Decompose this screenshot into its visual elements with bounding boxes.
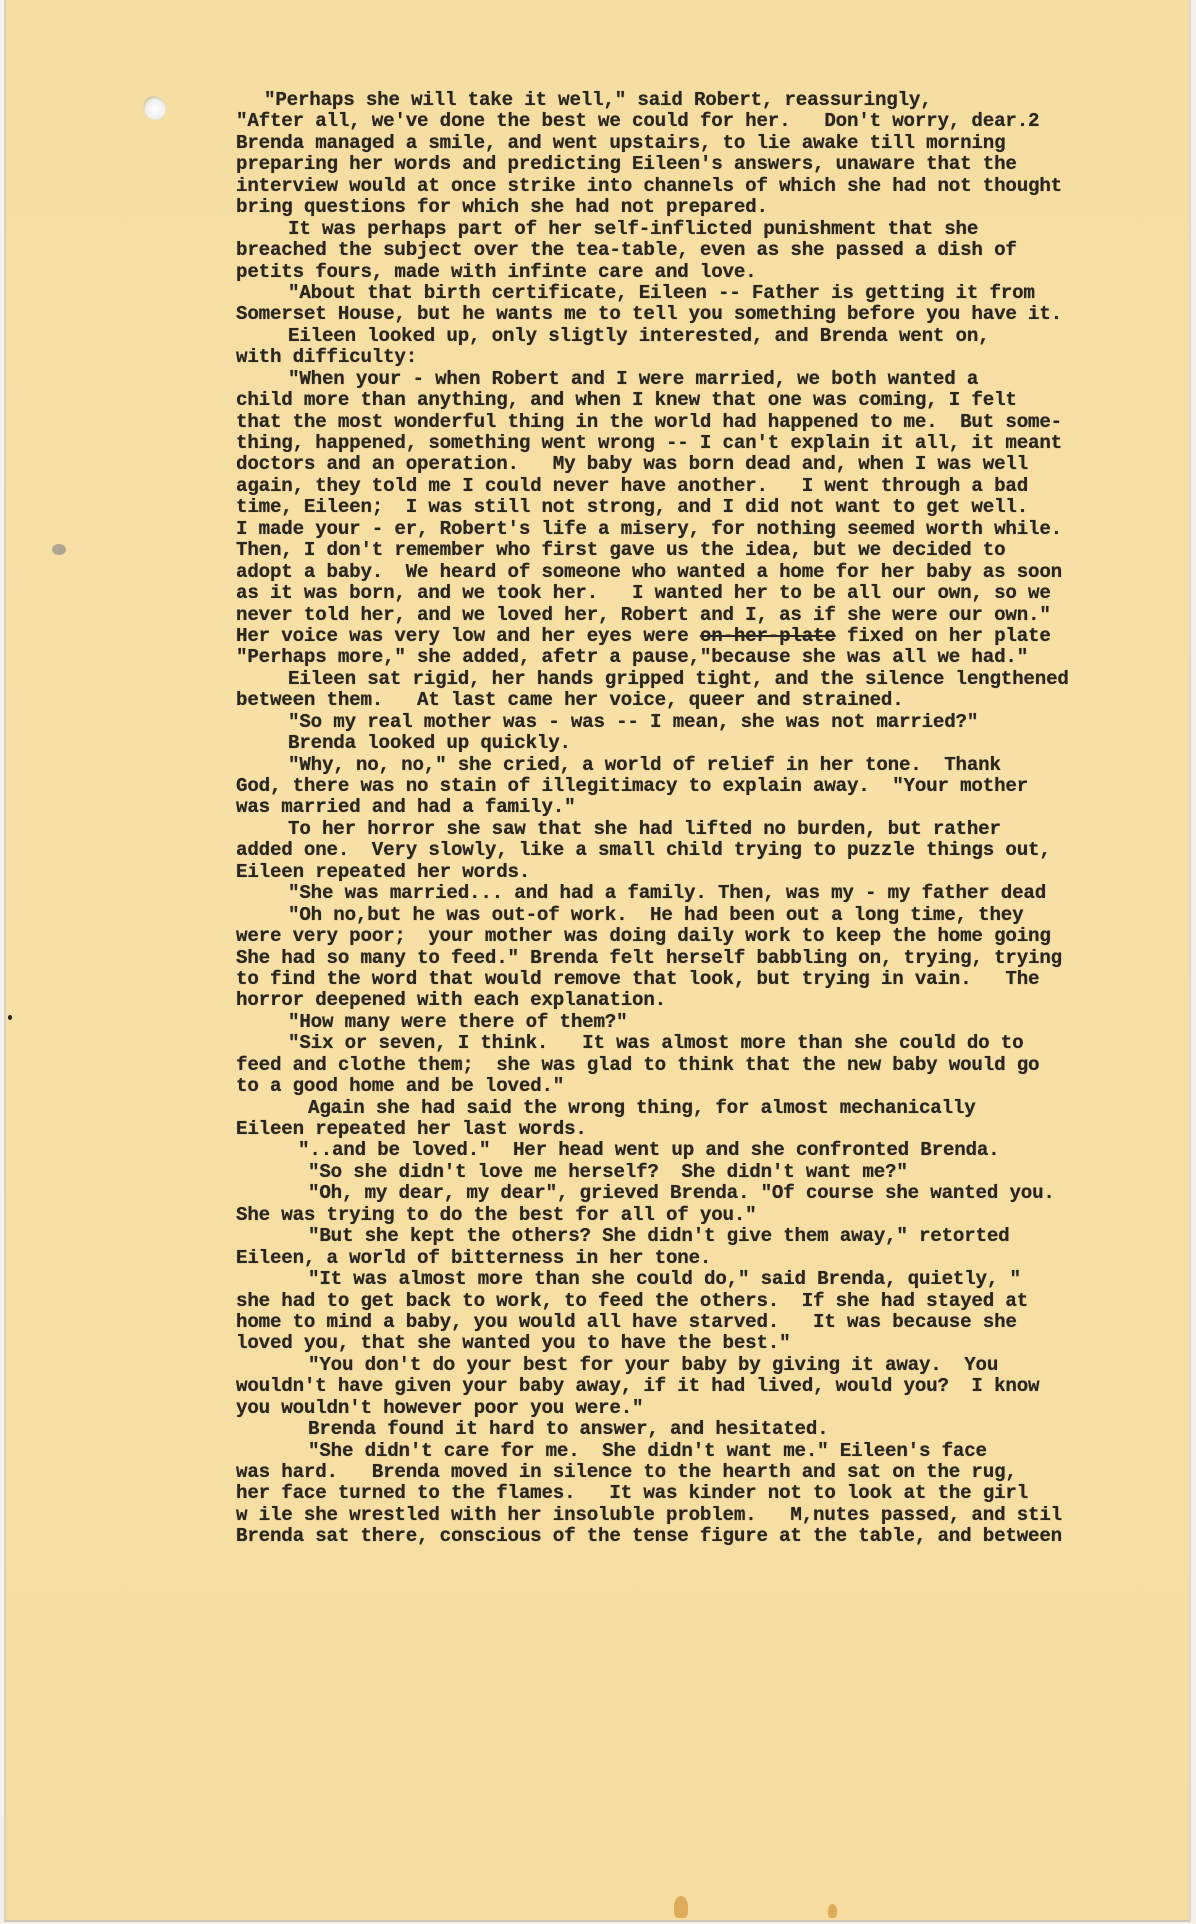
text-line: God, there was no stain of illegitimacy …: [236, 776, 1196, 797]
text-line: you wouldn't however poor you were.": [236, 1398, 1196, 1419]
text-line: as it was born, and we took her. I wante…: [236, 583, 1196, 604]
text-line: "You don't do your best for your baby by…: [236, 1355, 1196, 1376]
text-line: time, Eileen; I was still not strong, an…: [236, 497, 1196, 518]
text-line: "It was almost more than she could do," …: [236, 1269, 1196, 1290]
text-line: Her voice was very low and her eyes were…: [236, 626, 1196, 647]
text-line: "Perhaps more," she added, afetr a pause…: [236, 647, 1196, 668]
text-line: "When your - when Robert and I were marr…: [236, 369, 1196, 390]
text-line: with difficulty:: [236, 347, 1196, 368]
text-line: "Six or seven, I think. It was almost mo…: [236, 1033, 1196, 1054]
text-line: interview would at once strike into chan…: [236, 176, 1196, 197]
text-line: Eileen looked up, only sligtly intereste…: [236, 326, 1196, 347]
text-line: adopt a baby. We heard of someone who wa…: [236, 562, 1196, 583]
text-line: between them. At last came her voice, qu…: [236, 690, 1196, 711]
text-line: were very poor; your mother was doing da…: [236, 926, 1196, 947]
punch-hole-mark: [141, 94, 168, 123]
text-line: I made your - er, Robert's life a misery…: [236, 519, 1196, 540]
text-line: to a good home and be loved.": [236, 1076, 1196, 1097]
text-line: Brenda sat there, conscious of the tense…: [236, 1526, 1196, 1547]
text-line: Again she had said the wrong thing, for …: [236, 1098, 1196, 1119]
text-line: Somerset House, but he wants me to tell …: [236, 304, 1196, 325]
text-line: wouldn't have given your baby away, if i…: [236, 1376, 1196, 1397]
bottom-edge-stain: [828, 1904, 837, 1918]
text-line: "Why, no, no," she cried, a world of rel…: [236, 755, 1196, 776]
text-line: preparing her words and predicting Eilee…: [236, 154, 1196, 175]
text-line: her face turned to the flames. It was ki…: [236, 1483, 1196, 1504]
text-line: Eileen sat rigid, her hands gripped tigh…: [236, 669, 1196, 690]
text-line: Then, I don't remember who first gave us…: [236, 540, 1196, 561]
text-line: "About that birth certificate, Eileen --…: [236, 283, 1196, 304]
text-line: feed and clothe them; she was glad to th…: [236, 1055, 1196, 1076]
bottom-edge-stain: [674, 1896, 688, 1918]
text-line: never told her, and we loved her, Robert…: [236, 605, 1196, 626]
text-line: "So she didn't love me herself? She didn…: [236, 1162, 1196, 1183]
text-line: "She didn't care for me. She didn't want…: [236, 1441, 1196, 1462]
text-line: "But she kept the others? She didn't giv…: [236, 1226, 1196, 1247]
text-line: "How many were there of them?": [236, 1012, 1196, 1033]
text-line: horror deepened with each explanation.: [236, 990, 1196, 1011]
text-line: Eileen repeated her words.: [236, 862, 1196, 883]
text-line: child more than anything, and when I kne…: [236, 390, 1196, 411]
text-line: home to mind a baby, you would all have …: [236, 1312, 1196, 1333]
text-line: She had so many to feed." Brenda felt he…: [236, 948, 1196, 969]
text-line: She was trying to do the best for all of…: [236, 1205, 1196, 1226]
text-line: w ile she wrestled with her insoluble pr…: [236, 1505, 1196, 1526]
text-line: "After all, we've done the best we could…: [236, 111, 1196, 132]
paper-page: "Perhaps she will take it well," said Ro…: [4, 0, 1191, 1922]
text-line: breached the subject over the tea-table,…: [236, 240, 1196, 261]
text-line: "Perhaps she will take it well," said Ro…: [236, 90, 1196, 111]
text-line: thing, happened, something went wrong --…: [236, 433, 1196, 454]
text-line: "So my real mother was - was -- I mean, …: [236, 712, 1196, 733]
text-line: To her horror she saw that she had lifte…: [236, 819, 1196, 840]
text-line: Brenda managed a smile, and went upstair…: [236, 133, 1196, 154]
text-line: was hard. Brenda moved in silence to the…: [236, 1462, 1196, 1483]
text-line: "..and be loved." Her head went up and s…: [236, 1140, 1196, 1161]
text-line: Eileen repeated her last words.: [236, 1119, 1196, 1140]
text-segment: fixed on her plate: [836, 625, 1051, 647]
text-line: "Oh, my dear, my dear", grieved Brenda. …: [236, 1183, 1196, 1204]
text-line: again, they told me I could never have a…: [236, 476, 1196, 497]
text-segment: Her voice was very low and her eyes were: [236, 625, 700, 647]
text-line: added one. Very slowly, like a small chi…: [236, 840, 1196, 861]
typewritten-body-text: "Perhaps she will take it well," said Ro…: [236, 90, 1196, 1548]
text-line: Eileen, a world of bitterness in her ton…: [236, 1248, 1196, 1269]
text-line: bring questions for which she had not pr…: [236, 197, 1196, 218]
margin-ink-spot: [52, 544, 66, 555]
text-line: "She was married... and had a family. Th…: [236, 883, 1196, 904]
text-line: loved you, that she wanted you to have t…: [236, 1333, 1196, 1354]
text-line: Brenda found it hard to answer, and hesi…: [236, 1419, 1196, 1440]
text-line: It was perhaps part of her self-inflicte…: [236, 219, 1196, 240]
struck-through-text: on-her-plate: [700, 625, 836, 647]
text-line: petits fours, made with infinte care and…: [236, 262, 1196, 283]
text-line: was married and had a family.": [236, 797, 1196, 818]
text-line: "Oh no,but he was out-of work. He had be…: [236, 905, 1196, 926]
margin-dot: [8, 1015, 12, 1020]
text-line: doctors and an operation. My baby was bo…: [236, 454, 1196, 475]
text-line: Brenda looked up quickly.: [236, 733, 1196, 754]
text-line: that the most wonderful thing in the wor…: [236, 412, 1196, 433]
text-line: she had to get back to work, to feed the…: [236, 1291, 1196, 1312]
text-line: to find the word that would remove that …: [236, 969, 1196, 990]
